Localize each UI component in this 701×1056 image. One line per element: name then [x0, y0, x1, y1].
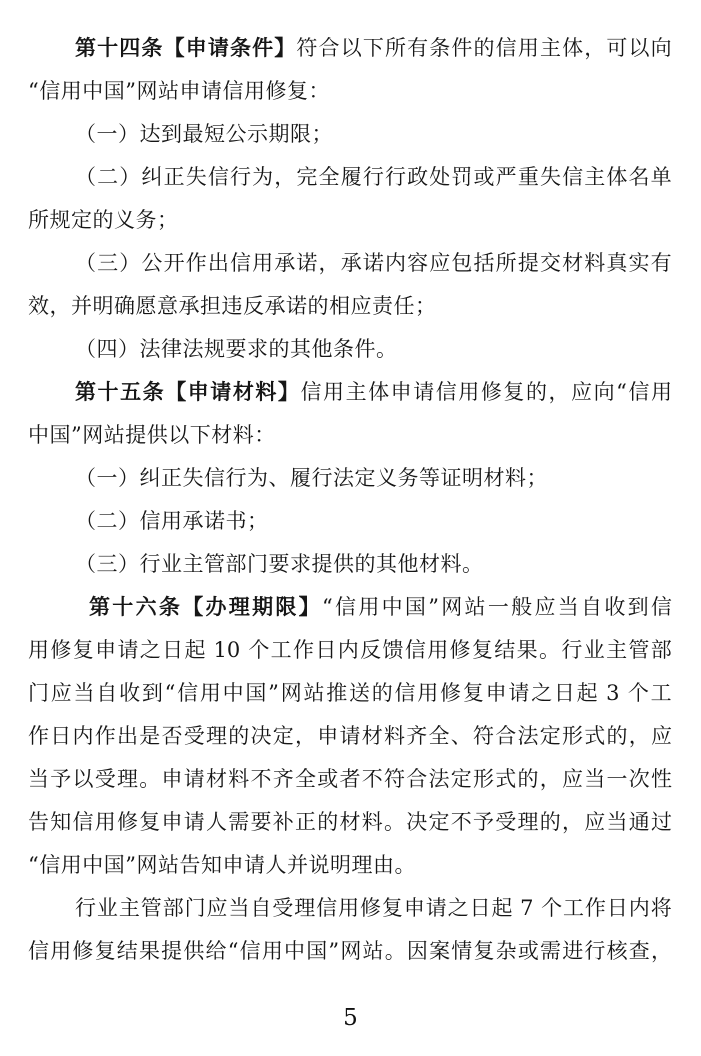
text-run: ，: [629, 715, 650, 758]
text-run: 到: [142, 672, 163, 715]
text-run: 开: [164, 242, 185, 285]
text-run: （: [75, 156, 96, 199]
text-run: 是: [139, 715, 160, 758]
text-run: 情: [451, 930, 472, 973]
text-run: 供: [183, 930, 204, 973]
text-run: 或: [518, 930, 539, 973]
text-run-bold: 第: [75, 27, 96, 70]
text-run: 受: [95, 758, 116, 801]
doc-line: （二）信用承诺书；: [28, 500, 672, 543]
text-run: 。: [139, 758, 160, 801]
text-run: 应: [571, 371, 592, 414]
text-run: 的: [526, 371, 547, 414]
text-run: 为: [252, 156, 273, 199]
text-run: 。: [539, 629, 560, 672]
text-run: 料: [384, 715, 405, 758]
doc-line: 第十四条【申请条件】符合以下所有条件的信用主体，可以向: [28, 27, 672, 70]
text-run: 修: [481, 371, 502, 414]
text-run: 作: [95, 715, 116, 758]
text-run: 复: [73, 629, 94, 672]
text-run-bold: 条: [230, 27, 251, 70]
text-run: 知: [50, 801, 71, 844]
text-run-bold: 】: [274, 27, 295, 70]
text-run: 所: [496, 242, 517, 285]
text-run: 应: [429, 242, 450, 285]
text-run: 正: [295, 801, 316, 844]
text-run: 需: [540, 930, 561, 973]
text-run: 当: [584, 758, 605, 801]
text-run: 站: [363, 930, 384, 973]
text-run: 信: [208, 156, 229, 199]
text-run: ，: [295, 715, 316, 758]
text-run: 全: [319, 156, 340, 199]
text-run: 行: [584, 930, 605, 973]
text-run: 起: [492, 887, 513, 930]
text-run-bold: 理: [229, 586, 250, 629]
text-run: 形: [473, 758, 494, 801]
text-run: 条: [429, 27, 450, 70]
text-run: 申: [95, 629, 116, 672]
text-run: 信: [335, 586, 356, 629]
text-run: 自: [581, 586, 602, 629]
text-run: 齐: [273, 758, 294, 801]
text-run: 定: [451, 758, 472, 801]
text-run: 个: [628, 672, 649, 715]
text-run: 用: [262, 930, 283, 973]
text-run: 单: [651, 156, 672, 199]
text-run: 复: [463, 672, 484, 715]
text-run: 合: [319, 27, 340, 70]
text-run: 决: [251, 715, 272, 758]
paragraph: （二）信用承诺书；: [28, 500, 672, 543]
text-run: 工: [563, 887, 584, 930]
text-run: 作: [186, 242, 207, 285]
text-run: 网: [281, 672, 302, 715]
text-run: 工: [651, 672, 672, 715]
text-run: 请: [340, 715, 361, 758]
text-run: 诺: [363, 242, 384, 285]
text-run: 主: [540, 27, 561, 70]
text-run-bold: 申: [186, 27, 207, 70]
text-run: 用: [50, 930, 71, 973]
text-run: 之: [140, 629, 161, 672]
text-run: 当: [607, 801, 628, 844]
text-run-bold: 十: [97, 27, 118, 70]
text-run: 信: [240, 930, 261, 973]
text-run: 作: [293, 629, 314, 672]
text-run: 式: [584, 715, 605, 758]
text-run: 日: [607, 887, 628, 930]
paragraph: 行业主管部门应当自受理信用修复申请之日起 7 个工作日内将信用修复结果提供给“信…: [28, 887, 672, 973]
text-run: 门: [28, 672, 49, 715]
text-run: 杂: [496, 930, 517, 973]
text-run: 国: [306, 930, 327, 973]
text-run: （一）达到最短公示期限；: [75, 122, 333, 146]
text-run: 材: [362, 715, 383, 758]
text-run-bold: 条: [159, 586, 180, 629]
text-run: 复: [472, 629, 493, 672]
text-run: “: [165, 672, 176, 715]
text-run: 需: [228, 801, 249, 844]
text-run: 不: [451, 801, 472, 844]
text-run: 业: [97, 887, 118, 930]
text-run: 管: [141, 887, 162, 930]
text-run: 齐: [406, 715, 427, 758]
doc-line: 门应当自收到“信用中国”网站推送的信用修复申请之日起 3 个工: [28, 672, 672, 715]
text-run: 果: [517, 629, 538, 672]
text-run-bold: 件: [252, 27, 273, 70]
doc-line: （一）纠正失信行为、履行法定义务等证明材料；: [28, 457, 672, 500]
text-run: 起: [577, 672, 598, 715]
text-run: 用: [458, 371, 479, 414]
doc-line: （三）公开作出信用承诺，承诺内容应包括所提交材料真实有: [28, 242, 672, 285]
text-run: 个: [541, 887, 562, 930]
doc-line: （一）达到最短公示期限；: [28, 113, 672, 156]
text-run-bold: 【: [164, 27, 185, 70]
document-content: 第十四条【申请条件】符合以下所有条件的信用主体，可以向“信用中国”网站申请信用修…: [28, 27, 672, 973]
text-run: 通: [629, 801, 650, 844]
paragraph: （一）达到最短公示期限；: [28, 113, 672, 156]
text-run: 应: [207, 887, 228, 930]
text-run: 修: [360, 887, 381, 930]
text-run: 7: [513, 887, 540, 930]
text-run: 受: [184, 715, 205, 758]
text-run: 收: [119, 672, 140, 715]
text-run: 真: [606, 242, 627, 285]
text-run-bold: 申: [188, 371, 209, 414]
text-run: 部: [651, 629, 672, 672]
text-run: 或: [474, 156, 495, 199]
text-run: 用: [338, 887, 359, 930]
paragraph: 第十四条【申请条件】符合以下所有条件的信用主体，可以向“信用中国”网站申请信用修…: [28, 27, 672, 113]
text-run-bold: 】: [278, 371, 299, 414]
text-run: 行: [385, 156, 406, 199]
text-run: 主: [346, 371, 367, 414]
text-run-bold: 第: [75, 371, 96, 414]
text-run-bold: 办: [205, 586, 226, 629]
text-run: 材: [206, 758, 227, 801]
text-run: 效，并明确愿意承担违反承诺的相应责任；: [28, 294, 437, 318]
text-run: 体: [606, 156, 627, 199]
text-run: 结: [117, 930, 138, 973]
text-run: “信用中国”网站申请信用修复：: [28, 79, 330, 103]
text-run: 履: [341, 156, 362, 199]
text-run: 用: [518, 27, 539, 70]
text-run: 复: [95, 930, 116, 973]
text-run: 到: [628, 586, 649, 629]
text-run: 用: [417, 672, 438, 715]
text-run-bold: 期: [252, 586, 273, 629]
text-run: 信: [28, 930, 49, 973]
doc-line: （四）法律法规要求的其他条件。: [28, 328, 672, 371]
text-run: 国: [245, 672, 266, 715]
text-run: 给: [206, 930, 227, 973]
text-run: 应: [562, 758, 583, 801]
text-run: 送: [349, 672, 370, 715]
text-run: 申: [162, 758, 183, 801]
text-run: 网: [441, 586, 462, 629]
text-run: 的: [228, 715, 249, 758]
text-run: 或: [317, 758, 338, 801]
text-run: 者: [340, 758, 361, 801]
text-run-bold: 四: [119, 27, 140, 70]
text-run: 实: [629, 242, 650, 285]
text-run: 信: [496, 27, 517, 70]
text-run: 下: [363, 27, 384, 70]
text-run-bold: 】: [299, 586, 320, 629]
paragraph: 第十五条【申请材料】信用主体申请信用修复的，应向“信用中国”网站提供以下材料：: [28, 371, 672, 457]
text-run: 查: [629, 930, 650, 973]
text-run: 之: [448, 887, 469, 930]
text-run: 体: [368, 371, 389, 414]
text-run: 定: [429, 801, 450, 844]
text-run: 自: [250, 887, 271, 930]
text-run: 主: [119, 887, 140, 930]
text-run: 用: [358, 586, 379, 629]
text-run: 内: [385, 242, 406, 285]
page-number: 5: [0, 1002, 701, 1034]
text-run: 用: [651, 371, 672, 414]
text-run: 之: [531, 672, 552, 715]
text-run: “: [616, 371, 627, 414]
text-run: 包: [451, 242, 472, 285]
text-run: ，: [540, 758, 561, 801]
text-run: 修: [72, 930, 93, 973]
text-run: 件: [451, 27, 472, 70]
text-run: 法: [429, 758, 450, 801]
text-run-bold: 请: [208, 27, 229, 70]
text-run: 复: [473, 930, 494, 973]
text-run: 10: [207, 629, 247, 672]
text-run: 中: [223, 672, 244, 715]
text-run: ）: [119, 242, 140, 285]
text-run: 符: [296, 27, 317, 70]
text-run: 的: [474, 27, 495, 70]
text-run: 罚: [451, 156, 472, 199]
text-run: 不: [362, 758, 383, 801]
text-run: 将: [651, 887, 672, 930]
text-run: 起: [185, 629, 206, 672]
text-run: 信: [395, 672, 416, 715]
text-run: 人: [206, 801, 227, 844]
text-run: 应: [584, 801, 605, 844]
text-run: 案: [429, 930, 450, 973]
text-run: “: [228, 930, 239, 973]
text-run: 法: [518, 715, 539, 758]
doc-line: 中国”网站提供以下材料：: [28, 414, 672, 457]
doc-line: 作日内作出是否受理的决定，申请材料齐全、符合法定形式的，应: [28, 715, 672, 758]
doc-line: “信用中国”网站申请信用修复：: [28, 70, 672, 113]
doc-line: 当予以受理。申请材料不齐全或者不符合法定形式的，应当一次性: [28, 758, 672, 801]
text-run: 向: [594, 371, 615, 414]
text-run: 理: [294, 887, 315, 930]
text-run: 的: [317, 801, 338, 844]
text-run: 收: [604, 586, 625, 629]
text-run: 全: [429, 715, 450, 758]
text-run: 自: [96, 672, 117, 715]
text-run: 承: [274, 242, 295, 285]
text-run: 进: [562, 930, 583, 973]
text-run: 决: [406, 801, 427, 844]
text-run: 中: [382, 586, 403, 629]
text-run: 一: [607, 758, 628, 801]
text-run: 符: [473, 715, 494, 758]
text-run: 二: [97, 156, 118, 199]
text-run: ，: [548, 371, 569, 414]
text-run: 日: [554, 672, 575, 715]
text-run: 定: [273, 715, 294, 758]
text-run: 出: [117, 715, 138, 758]
text-run: 信: [405, 629, 426, 672]
text-run: 信: [562, 156, 583, 199]
text-run: ）: [119, 156, 140, 199]
text-run: 材: [562, 242, 583, 285]
text-run-bold: 请: [210, 371, 231, 414]
text-run: 料: [584, 242, 605, 285]
text-run: 站: [303, 672, 324, 715]
text-run: 站: [465, 586, 486, 629]
paragraph: （四）法律法规要求的其他条件。: [28, 328, 672, 371]
text-run: 信: [73, 801, 94, 844]
text-run: 修: [50, 629, 71, 672]
doc-line: 告知信用修复申请人需要补正的材料。决定不予受理的，应当通过: [28, 801, 672, 844]
doc-line: 所规定的义务；: [28, 199, 672, 242]
text-run: （四）法律法规要求的其他条件。: [75, 337, 398, 361]
text-run: 当: [74, 672, 95, 715]
text-run: 内: [338, 629, 359, 672]
text-run-bold: 限: [275, 586, 296, 629]
text-run: 告: [28, 801, 49, 844]
text-run-bold: 第: [89, 586, 110, 629]
text-run: 。: [384, 801, 405, 844]
text-run: 公: [141, 242, 162, 285]
text-run: 当: [28, 758, 49, 801]
text-run: 完: [296, 156, 317, 199]
text-run-bold: 【: [165, 371, 186, 414]
text-run: 合: [406, 758, 427, 801]
text-run-bold: 十: [112, 586, 133, 629]
text-run: 国: [405, 586, 426, 629]
text-run: 补: [273, 801, 294, 844]
text-run: 所: [385, 27, 406, 70]
text-run: 管: [628, 629, 649, 672]
text-run: 处: [429, 156, 450, 199]
text-run: 受: [495, 801, 516, 844]
text-run: 申: [391, 371, 412, 414]
text-run: 诺: [296, 242, 317, 285]
text-run: 有: [651, 242, 672, 285]
text-run: 应: [534, 586, 555, 629]
text-run: 中: [284, 930, 305, 973]
text-run: 向: [651, 27, 672, 70]
text-run: （三）行业主管部门要求提供的其他材料。: [75, 552, 484, 576]
text-run: 材: [340, 801, 361, 844]
text-run: 反: [360, 629, 381, 672]
text-run: ”: [268, 672, 279, 715]
text-run: ，: [651, 930, 672, 973]
text-run: 予: [473, 801, 494, 844]
text-run: 馈: [382, 629, 403, 672]
text-run: 请: [117, 629, 138, 672]
text-run: 个: [248, 629, 269, 672]
text-run: 的: [518, 758, 539, 801]
text-run: 中国”网站提供以下材料：: [28, 423, 276, 447]
text-run: 结: [494, 629, 515, 672]
text-run: 修: [450, 629, 471, 672]
text-run: 内: [73, 715, 94, 758]
doc-line: 第十五条【申请材料】信用主体申请信用修复的，应向“信用: [28, 371, 672, 414]
text-run: 复: [503, 371, 524, 414]
doc-line: 第十六条【办理期限】“信用中国”网站一般应当自收到信: [28, 586, 672, 629]
text-run-bold: 条: [143, 371, 164, 414]
text-run: 。: [385, 930, 406, 973]
text-run: 修: [117, 801, 138, 844]
text-run: 申: [317, 715, 338, 758]
text-run: 以: [73, 758, 94, 801]
text-run: 申: [486, 672, 507, 715]
text-run: 容: [407, 242, 428, 285]
text-run: 用: [28, 629, 49, 672]
text-run: 3: [599, 672, 626, 715]
text-run: 信: [316, 887, 337, 930]
text-run: 提: [518, 242, 539, 285]
doc-line: 效，并明确愿意承担违反承诺的相应责任；: [28, 285, 672, 328]
text-run: 应: [651, 715, 672, 758]
text-run: 用: [200, 672, 221, 715]
text-run: 复: [382, 887, 403, 930]
text-run: 括: [474, 242, 495, 285]
text-run-bold: 料: [255, 371, 276, 414]
text-run: ，: [319, 242, 340, 285]
text-run: 交: [540, 242, 561, 285]
text-run: 理: [206, 715, 227, 758]
paragraph: （一）纠正失信行为、履行法定义务等证明材料；: [28, 457, 672, 500]
text-run: 请: [184, 758, 205, 801]
text-run: 日: [470, 887, 491, 930]
text-run: 申: [162, 801, 183, 844]
text-run: 应: [51, 672, 72, 715]
text-run: 行: [75, 887, 96, 930]
text-run: 合: [495, 715, 516, 758]
text-run: ，: [274, 156, 295, 199]
text-run: 可: [606, 27, 627, 70]
text-run: （: [75, 242, 96, 285]
doc-line: 行业主管部门应当自受理信用修复申请之日起 7 个工作日内将: [28, 887, 672, 930]
text-run: 信: [230, 242, 251, 285]
text-run: 三: [97, 242, 118, 285]
text-run: 纠: [141, 156, 162, 199]
text-run-bold: 六: [136, 586, 157, 629]
text-run: 当: [228, 887, 249, 930]
text-run: （一）纠正失信行为、履行法定义务等证明材料；: [75, 466, 548, 490]
text-run: 行: [230, 156, 251, 199]
text-run: 行: [363, 156, 384, 199]
text-run: 业: [584, 629, 605, 672]
text-run-bold: 【: [182, 586, 203, 629]
text-run: 提: [161, 930, 182, 973]
text-run: 以: [629, 27, 650, 70]
text-run: 信: [300, 371, 321, 414]
text-run: 正: [164, 156, 185, 199]
text-run: 符: [384, 758, 405, 801]
text-run: 形: [562, 715, 583, 758]
text-run: 出: [208, 242, 229, 285]
text-run: 信: [628, 371, 649, 414]
text-run: 政: [407, 156, 428, 199]
text-run: 式: [495, 758, 516, 801]
text-run: 用: [323, 371, 344, 414]
text-run: 请: [426, 887, 447, 930]
